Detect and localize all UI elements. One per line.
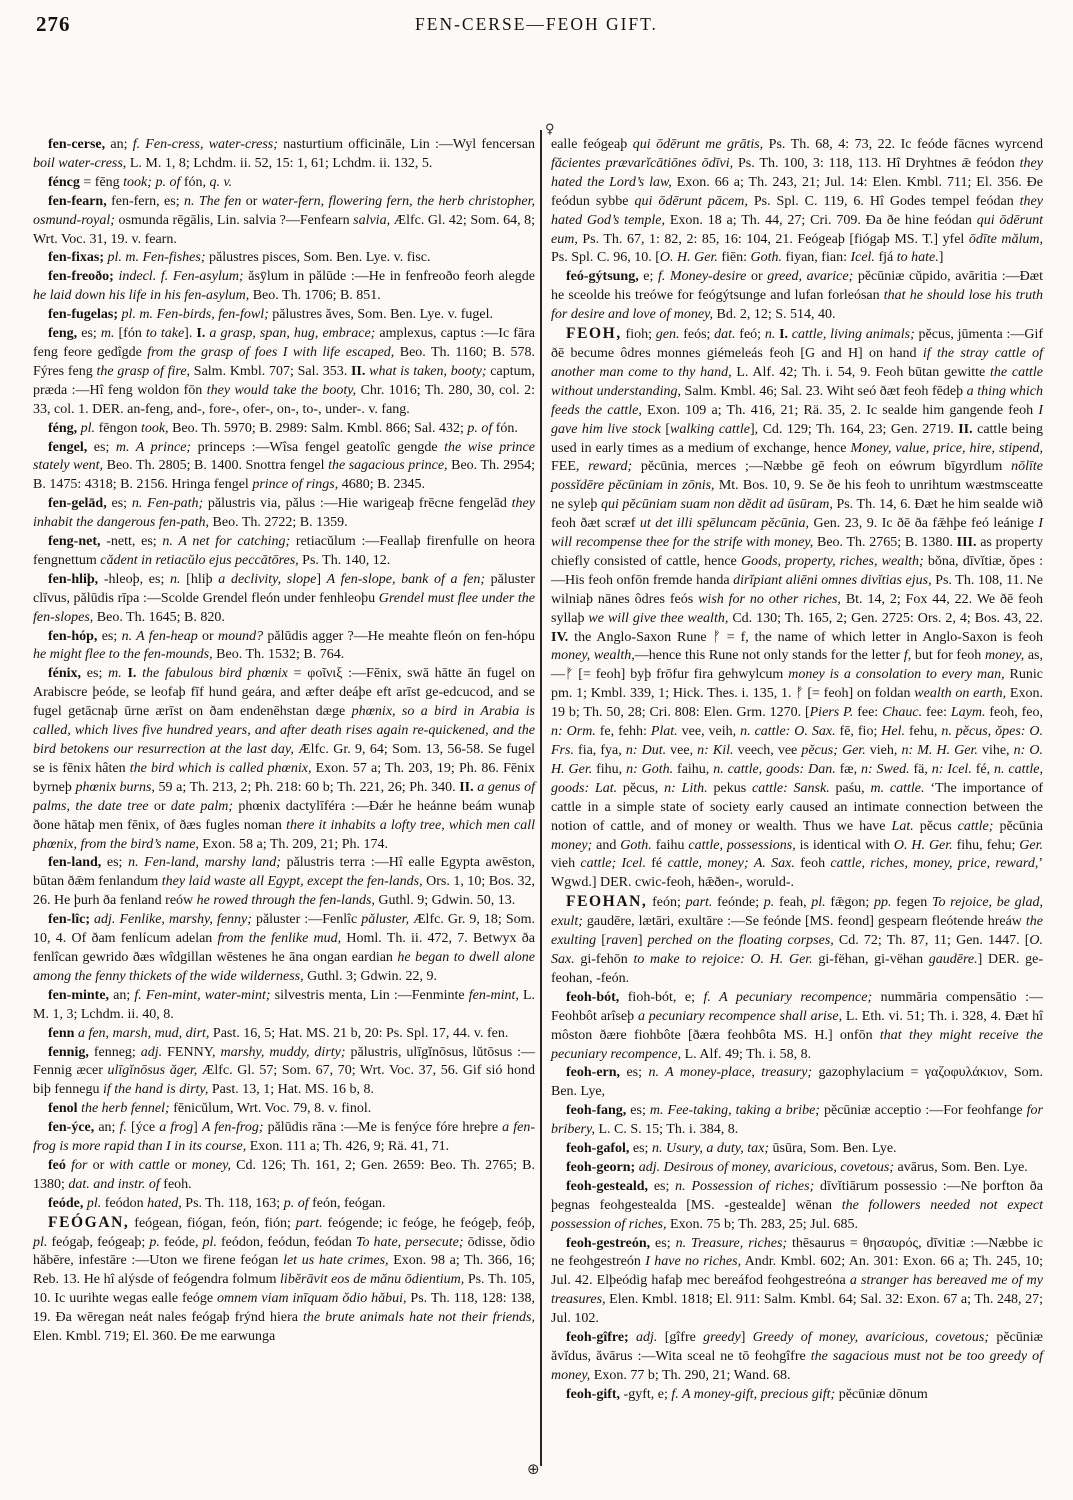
dictionary-page: 276 FEN-CERSE—FEOH GIFT. fen-cerse, an; … (0, 0, 1073, 1500)
dictionary-entry: feoh-fang, es; m. Fee-taking, taking a b… (551, 1102, 1043, 1140)
press-mark-top-icon: ♀ (545, 122, 555, 137)
dictionary-entry: feóde, pl. feódon hated, Ps. Th. 118, 16… (33, 1195, 535, 1214)
dictionary-entry: FEOH, fioh; gen. feós; dat. feó; n. I. c… (551, 325, 1043, 893)
press-mark-bottom-icon: ⊕ (527, 1460, 540, 1478)
dictionary-entry: fen-cerse, an; f. Fen-cress, water-cress… (33, 136, 535, 174)
dictionary-entry: ealle feógeaþ qui ōdērunt me grātis, Ps.… (551, 136, 1043, 268)
dictionary-entry: fen-land, es; n. Fen-land, marshy land; … (33, 854, 535, 911)
dictionary-entry: feoh-gafol, es; n. Usury, a duty, tax; ū… (551, 1140, 1043, 1159)
running-head: FEN-CERSE—FEOH GIFT. (0, 14, 1073, 35)
dictionary-entry: feoh-bót, fioh-bót, e; f. A pecuniary re… (551, 989, 1043, 1065)
dictionary-entry: feoh-gestreón, es; n. Treasure, riches; … (551, 1235, 1043, 1330)
dictionary-entry: fen-ýce, an; f. [ýce a frog] A fen-frog;… (33, 1119, 535, 1157)
page-header: 276 FEN-CERSE—FEOH GIFT. (0, 8, 1073, 40)
dictionary-entry: féng, pl. fēngon took, Beo. Th. 5970; B.… (33, 420, 535, 439)
left-column: fen-cerse, an; f. Fen-cress, water-cress… (33, 136, 535, 1347)
dictionary-entry: feoh-gîfre; adj. [gîfre greedy] Greedy o… (551, 1329, 1043, 1386)
dictionary-entry: fen-minte, an; f. Fen-mint, water-mint; … (33, 987, 535, 1025)
dictionary-entry: fen-hliþ, -hleoþ, es; n. [hliþ a declivi… (33, 571, 535, 628)
dictionary-entry: fenol the herb fennel; fēnicŭlum, Wrt. V… (33, 1100, 535, 1119)
dictionary-entry: fengel, es; m. A prince; princeps :—Wîsa… (33, 439, 535, 496)
dictionary-entry: fénix, es; m. I. the fabulous bird phœni… (33, 665, 535, 854)
dictionary-entry: fen-hóp, es; n. A fen-heap or mound? păl… (33, 628, 535, 666)
dictionary-entry: fen-fearn, fen-fern, es; n. The fen or w… (33, 193, 535, 250)
dictionary-entry: fennig, fenneg; adj. FENNY, marshy, mudd… (33, 1044, 535, 1101)
dictionary-entry: fen-gelād, es; n. Fen-path; pălustris vi… (33, 495, 535, 533)
dictionary-entry: feoh-gift, -gyft, e; f. A money-gift, pr… (551, 1386, 1043, 1405)
dictionary-entry: feoh-gesteald, es; n. Possession of rich… (551, 1178, 1043, 1235)
dictionary-entry: feoh-georn; adj. Desirous of money, avar… (551, 1159, 1043, 1178)
dictionary-entry: feoh-ern, es; n. A money-place, treasury… (551, 1064, 1043, 1102)
dictionary-entry: feng, es; m. [fón to take]. I. a grasp, … (33, 325, 535, 420)
dictionary-entry: fen-lîc; adj. Fenlike, marshy, fenny; pă… (33, 911, 535, 987)
dictionary-entry: FEÓGAN, feógean, fiógan, feón, fión; par… (33, 1214, 535, 1347)
right-column: ealle feógeaþ qui ōdērunt me grātis, Ps.… (551, 136, 1043, 1405)
dictionary-entry: feng-net, -nett, es; n. A net for catchi… (33, 533, 535, 571)
dictionary-entry: fenn a fen, marsh, mud, dirt, Past. 16, … (33, 1025, 535, 1044)
dictionary-entry: fen-fixas; pl. m. Fen-fishes; pălustres … (33, 249, 535, 268)
dictionary-entry: fen-freoðo; indecl. f. Fen-asylum; ăsȳlu… (33, 268, 535, 306)
dictionary-entry: feó for or with cattle or money, Cd. 126… (33, 1157, 535, 1195)
dictionary-entry: FEOHAN, feón; part. feónde; p. feah, pl.… (551, 893, 1043, 989)
dictionary-entry: feó-gýtsung, e; f. Money-desire or greed… (551, 268, 1043, 325)
dictionary-entry: fen-fugelas; pl. m. Fen-birds, fen-fowl;… (33, 306, 535, 325)
dictionary-entry: féncg = fēng took; p. of fón, q. v. (33, 174, 535, 193)
column-divider (540, 130, 542, 1466)
